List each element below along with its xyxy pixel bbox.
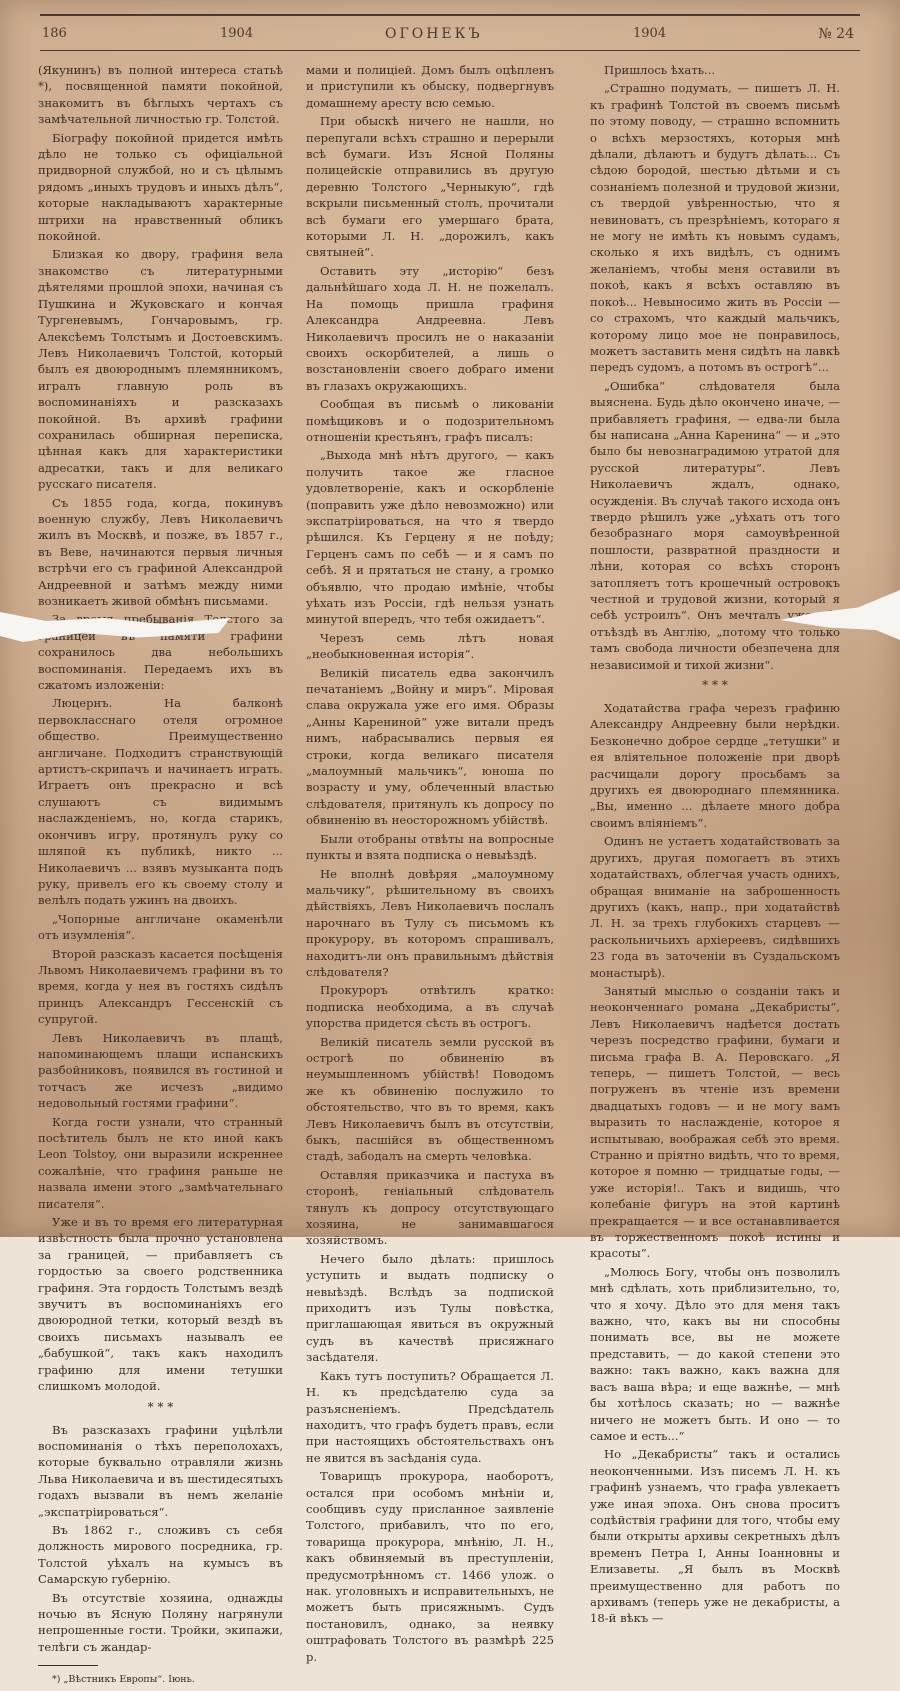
paragraph: „Выхода мнѣ нѣтъ другого, — какъ получит…	[306, 447, 554, 627]
column-1: (Якунинъ) въ полной интереса статьѣ *), …	[38, 62, 283, 1237]
paragraph: Съ 1855 года, когда, покинувъ военную сл…	[38, 495, 283, 610]
paragraph: Оставить эту „исторію“ безъ дальнѣйшаго …	[306, 263, 554, 394]
paragraph: Прокуроръ отвѣтилъ кратко: подписка необ…	[306, 982, 554, 1031]
paragraph: Оставляя приказчика и пастуха въ сторонѣ…	[306, 1167, 554, 1237]
paragraph: Не вполнѣ довѣряя „малоумному мальчику“,…	[306, 866, 554, 981]
paragraph: Великій писатель едва закончилъ печатані…	[306, 665, 554, 829]
masthead: 186 1904 ОГОНЕКЪ 1904 № 24	[40, 14, 860, 51]
paragraph: „Чопорные англичане окаменѣли отъ изумле…	[38, 911, 283, 944]
paragraph: Черезъ семь лѣтъ новая „необыкновенная и…	[306, 630, 554, 663]
paragraph: мами и полиціей. Домъ былъ оцѣпленъ и пр…	[306, 62, 554, 111]
paragraph: Занятый мыслью о созданіи такъ и неоконч…	[590, 983, 840, 1237]
paragraph: Люцернъ. На балконѣ первокласснаго отеля…	[38, 695, 283, 908]
column-3: Пришлось ѣхать... „Страшно подумать, — п…	[590, 62, 840, 1237]
paragraph: Близкая ко двору, графиня вела знакомств…	[38, 246, 283, 492]
issue-number: № 24	[818, 26, 854, 42]
year-right: 1904	[633, 26, 666, 41]
paragraph: Когда гости узнали, что странный посѣтит…	[38, 1114, 283, 1212]
year-left: 1904	[220, 26, 253, 41]
paragraph: (Якунинъ) въ полной интереса статьѣ *), …	[38, 62, 283, 128]
paragraph: „Ошибка“ слѣдователя была выяснена. Будь…	[590, 378, 840, 673]
paragraph: Пришлось ѣхать...	[590, 62, 840, 78]
page-number: 186	[42, 26, 67, 41]
paragraph: Были отобраны отвѣты на вопросные пункты…	[306, 831, 554, 864]
publication-title: ОГОНЕКЪ	[385, 26, 483, 42]
paragraph: Ходатайства графа черезъ графиню Алексан…	[590, 700, 840, 831]
paragraph: Великій писатель земли русской въ острог…	[306, 1034, 554, 1165]
paragraph: При обыскѣ ничего не нашли, но перепугал…	[306, 113, 554, 261]
paragraph: Левъ Николаевичъ въ плащѣ, напоминающемъ…	[38, 1030, 283, 1112]
column-2: мами и полиціей. Домъ былъ оцѣпленъ и пр…	[306, 62, 554, 1237]
paragraph: Одинъ не устаетъ ходатайствовать за друг…	[590, 833, 840, 981]
newspaper-page: 186 1904 ОГОНЕКЪ 1904 № 24 (Якунинъ) въ …	[0, 0, 900, 1237]
paragraph: Второй разсказъ касается посѣщенія Львом…	[38, 946, 283, 1028]
paragraph: Біографу покойной придется имѣть дѣло не…	[38, 130, 283, 245]
paragraph: Сообщая въ письмѣ о ликованіи помѣщиковъ…	[306, 396, 554, 445]
paragraph: Уже и въ то время его литературная извѣс…	[38, 1214, 283, 1237]
section-separator: * * *	[590, 681, 840, 690]
paragraph: „Страшно подумать, — пишетъ Л. Н. къ гра…	[590, 80, 840, 375]
